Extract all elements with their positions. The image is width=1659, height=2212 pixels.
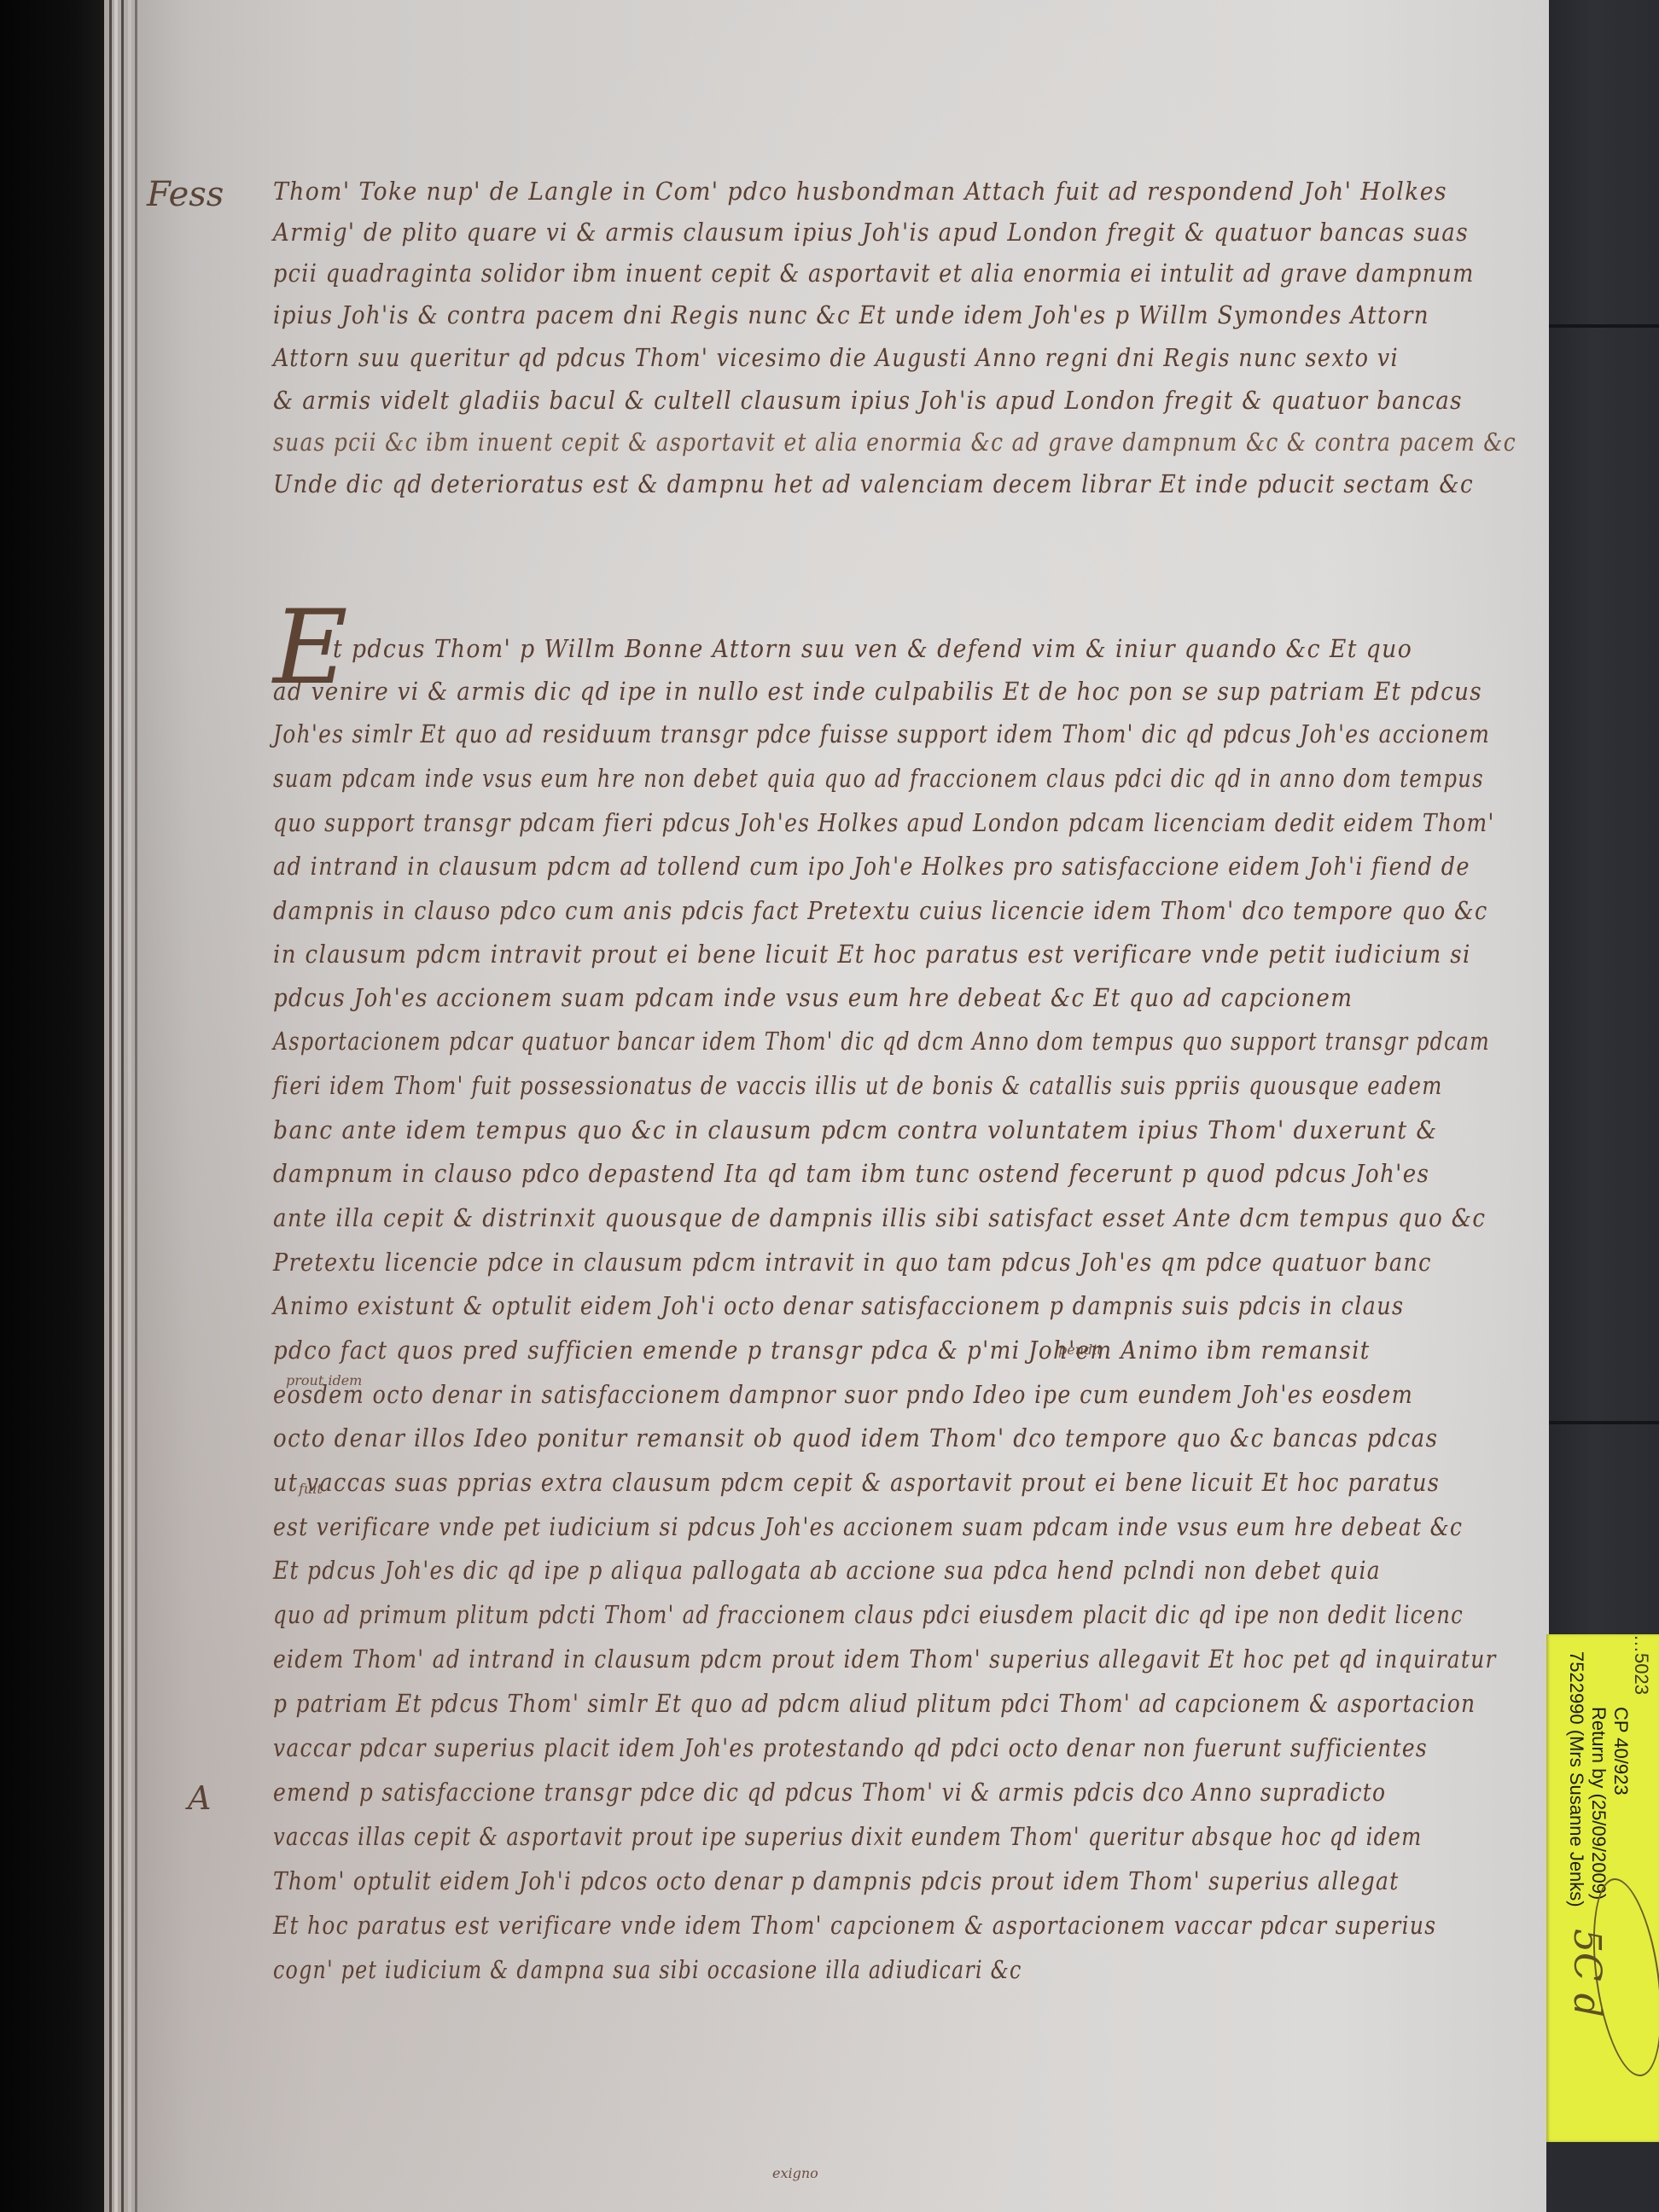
page-edge [114, 0, 118, 2212]
manuscript-line: pdcus Joh'es accionem suam pdcam inde vs… [273, 983, 1353, 1012]
manuscript-line: vaccas illas cepit & asportavit prout ip… [273, 1822, 1423, 1851]
manuscript-line: Asportacionem pdcar quatuor bancar idem … [273, 1027, 1490, 1056]
manuscript-line: ad venire vi & armis dic qd ipe in nullo… [273, 677, 1482, 706]
manuscript-line: suas pcii &c ibm inuent cepit & asportav… [273, 428, 1516, 457]
page-edge [109, 0, 112, 2212]
manuscript-line: Pretextu licencie pdce in clausum pdcm i… [273, 1248, 1432, 1277]
manuscript-line: Armig' de plito quare vi & armis clausum… [273, 218, 1469, 247]
background-right-bottom [1546, 2142, 1659, 2212]
manuscript-line: quo support transgr pdcam fieri pdcus Jo… [273, 808, 1495, 837]
manuscript-line: t pdcus Thom' p Willm Bonne Attorn suu v… [333, 634, 1412, 663]
sticky-note-line: Return by (25/09/2009) [1587, 1707, 1610, 1900]
manuscript-line: octo denar illos Ideo ponitur remansit o… [273, 1423, 1438, 1452]
manuscript-line: eosdem octo denar in satisfaccionem damp… [273, 1380, 1413, 1409]
page-edge [128, 0, 131, 2212]
margin-note-fess: Fess [147, 175, 224, 214]
manuscript-line: dampnum in clauso pdco depastend Ita qd … [273, 1159, 1429, 1188]
manuscript-line: Attorn suu queritur qd pdcus Thom' vices… [273, 343, 1399, 372]
manuscript-line: ipius Joh'is & contra pacem dni Regis nu… [273, 300, 1429, 329]
margin-note-mark: A [188, 1779, 211, 1817]
manuscript-line: est verificare vnde pet iudicium si pdcu… [273, 1512, 1463, 1541]
manuscript-line: Thom' optulit eidem Joh'i pdcos octo den… [273, 1866, 1400, 1895]
manuscript-line: vaccar pdcar superius placit idem Joh'es… [273, 1733, 1428, 1762]
manuscript-line: Joh'es simlr Et quo ad residuum transgr … [273, 719, 1490, 748]
background-left [0, 0, 107, 2212]
manuscript-line: & armis videlt gladiis bacul & cultell c… [273, 386, 1463, 415]
manuscript-line: pcii quadraginta solidor ibm inuent cepi… [273, 259, 1475, 288]
manuscript-line: Et hoc paratus est verificare vnde idem … [273, 1911, 1436, 1940]
manuscript-line: in clausum pdcm intravit prout ei bene l… [273, 940, 1471, 969]
manuscript-line: pdco fact quos pred sufficien emende p t… [273, 1336, 1371, 1365]
manuscript-line: cogn' pet iudicium & dampna sua sibi occ… [273, 1955, 1022, 1984]
sticky-note-line: …5023 [1630, 1634, 1652, 1695]
manuscript-line: p patriam Et pdcus Thom' simlr Et quo ad… [273, 1689, 1476, 1718]
sticky-note-line: CP 40/923 [1610, 1707, 1632, 1796]
handwritten-reference: 5C d [1565, 1929, 1609, 2017]
manuscript-line: eidem Thom' ad intrand in clausum pdcm p… [273, 1644, 1497, 1674]
manuscript-line: banc ante idem tempus quo &c in clausum … [273, 1115, 1438, 1144]
interlinear-note: exigno [772, 2165, 818, 2181]
manuscript-line: Et pdcus Joh'es dic qd ipe p aliqua pall… [273, 1556, 1381, 1585]
sticky-note-line: 7522990 (Mrs Susanne Jenks) [1565, 1651, 1587, 1907]
manuscript-line: fieri idem Thom' fuit possessionatus de … [273, 1071, 1443, 1100]
manuscript-line: suam pdcam inde vsus eum hre non debet q… [273, 764, 1484, 793]
manuscript-line: Animo existunt & optulit eidem Joh'i oct… [273, 1291, 1404, 1320]
page-edge [121, 0, 124, 2212]
manuscript-line: Unde dic qd deterioratus est & dampnu he… [273, 469, 1474, 498]
manuscript-line: emend p satisfaccione transgr pdce dic q… [273, 1778, 1386, 1807]
manuscript-line: Thom' Toke nup' de Langle in Com' pdco h… [273, 177, 1447, 206]
page-edge [135, 0, 137, 2212]
manuscript-line: ad intrand in clausum pdcm ad tollend cu… [273, 852, 1470, 881]
manuscript-line: quo ad primum plitum pdcti Thom' ad frac… [273, 1600, 1464, 1629]
manuscript-line: ante illa cepit & distrinxit quousque de… [273, 1203, 1486, 1232]
manuscript-line: ut vaccas suas pprias extra clausum pdcm… [273, 1468, 1440, 1497]
manuscript-line: dampnis in clauso pdco cum anis pdcis fa… [273, 896, 1488, 925]
